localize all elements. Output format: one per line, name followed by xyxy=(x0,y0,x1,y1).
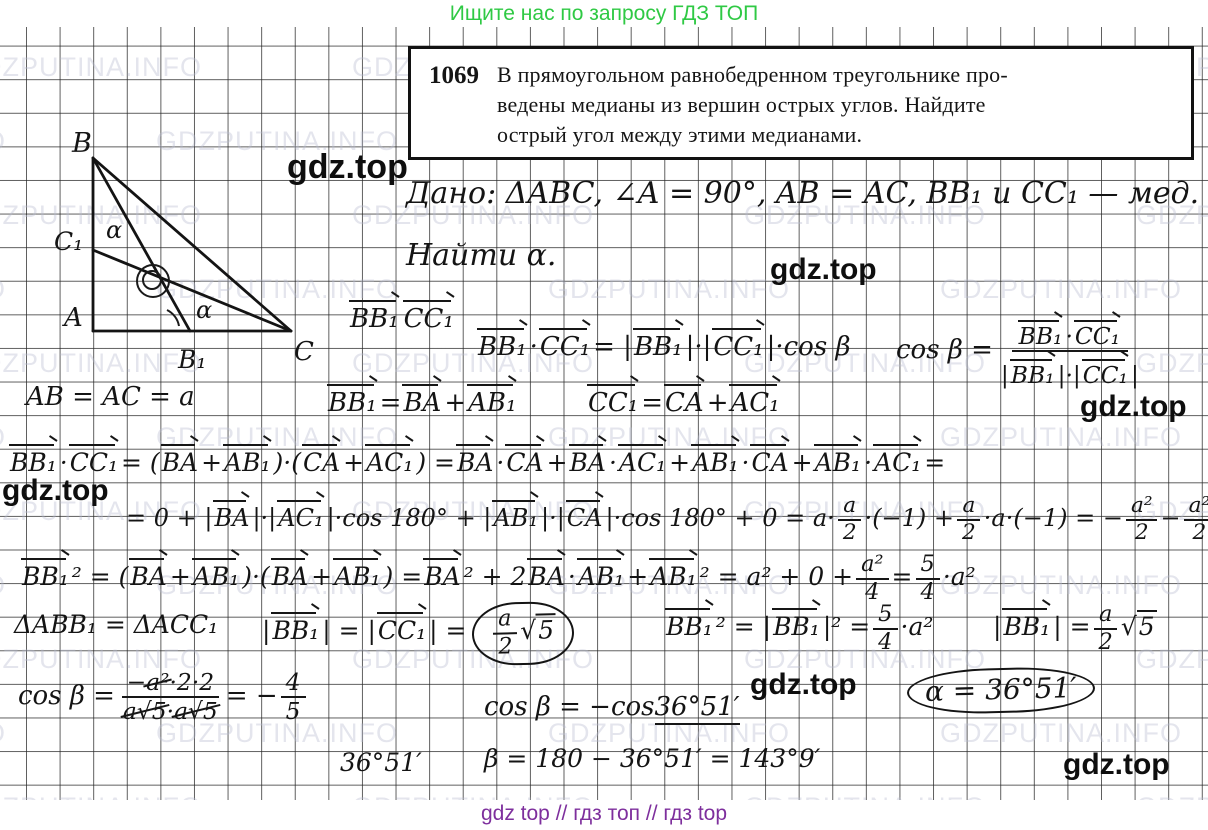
vector-term: BA xyxy=(455,438,496,477)
vector-term: BB₁ xyxy=(1017,314,1066,349)
footer-links[interactable]: gdz top // гдз топ // гдз top xyxy=(481,802,727,826)
site-watermark: GDZPUTINA.INFO xyxy=(940,570,1182,601)
solution-line-cos-value: cos β = −a²·2·2a√5·a√5 = −45 xyxy=(18,670,309,723)
math-text: · xyxy=(60,448,68,477)
math-text: |² = xyxy=(823,612,870,641)
vector-term: AB₁ xyxy=(222,438,273,477)
math-text: 5 xyxy=(921,553,935,577)
math-text: · xyxy=(609,448,617,477)
math-text: · xyxy=(1065,324,1072,349)
math-text: + xyxy=(201,448,222,477)
gdz-top-watermark: gdz.top xyxy=(770,253,877,287)
angle-label-alpha-2: α xyxy=(196,296,212,324)
math-text: cos β = xyxy=(18,681,115,711)
gdz-top-watermark: gdz.top xyxy=(2,474,109,508)
fraction: 54 xyxy=(873,603,897,654)
math-text: 36°51′ xyxy=(340,748,422,777)
site-watermark: GDZPUTINA.INFO xyxy=(0,718,6,749)
math-text: )·( xyxy=(274,448,301,477)
problem-text-line: В прямоугольном равнобедренном треугольн… xyxy=(497,60,1008,90)
vector-term: BA xyxy=(568,438,609,477)
fraction: a²4 xyxy=(856,553,888,604)
math-text: | xyxy=(1001,363,1009,388)
vector-term: BB₁ xyxy=(664,602,716,641)
problem-text-line: ведены медианы из вершин острых углов. Н… xyxy=(497,90,1008,120)
vector-term: BB₁ xyxy=(8,438,60,477)
solution-line-bb1-mod-val: |BB₁| = a2√5 xyxy=(993,602,1157,654)
vector-term: BA xyxy=(422,552,463,591)
vector-term: AC₁ xyxy=(617,438,669,477)
math-text: a xyxy=(843,495,856,518)
math-text: · xyxy=(864,448,872,477)
vector-term: AB₁ xyxy=(466,378,519,418)
vector-term: CC₁ xyxy=(68,438,121,477)
vector-term: CA xyxy=(749,438,791,477)
math-text: 5 xyxy=(286,699,301,724)
math-text: a xyxy=(962,495,975,518)
solution-line-dano: Дано: ΔABC, ∠A = 90°, AB = AC, BB₁ и CC₁… xyxy=(406,176,1199,211)
math-text: · xyxy=(568,562,576,591)
fraction: a²2 xyxy=(1126,495,1158,544)
solution-line-cc1-decomp: CC₁ = CA + AC₁ xyxy=(586,378,783,418)
math-text: + xyxy=(669,448,690,477)
math-text: )·( xyxy=(242,562,269,591)
math-text: |·cos β xyxy=(767,332,851,362)
vector-term: AC₁ xyxy=(872,438,924,477)
vector-term: CC₁ xyxy=(376,606,429,645)
footer-bar: gdz top // гдз топ // гдз top xyxy=(0,800,1208,830)
problem-number: 1069 xyxy=(411,49,497,157)
math-text: + xyxy=(444,388,466,418)
math-text: cos β = xyxy=(896,335,993,365)
vector-term: AC₁ xyxy=(728,378,782,418)
vector-term: CC₁ xyxy=(1081,353,1131,388)
math-text: ΔABB₁ = ΔACC₁ xyxy=(14,610,218,639)
angle-label-alpha-1: α xyxy=(106,216,122,244)
cancelled-term: a√5 xyxy=(123,699,167,724)
solution-line-triangle-eq: ΔABB₁ = ΔACC₁ xyxy=(14,610,218,639)
math-text: a² xyxy=(1131,495,1153,518)
math-text: a xyxy=(1099,603,1112,627)
fraction-denominator: 4 xyxy=(873,630,897,655)
math-text: a² xyxy=(1189,495,1208,518)
fraction-denominator: 2 xyxy=(957,521,981,545)
math-text: | = xyxy=(1053,612,1090,641)
math-text: = xyxy=(924,448,945,477)
problem-text: В прямоугольном равнобедренном треугольн… xyxy=(497,49,1008,157)
solution-line-dot-product: BB₁·CC₁ = |BB₁|·|CC₁|·cos β xyxy=(476,322,850,362)
math-text: + xyxy=(547,448,568,477)
math-text: 4 xyxy=(921,581,935,605)
vector-term: BB₁ xyxy=(348,294,402,334)
fraction-denominator: 4 xyxy=(916,580,940,605)
point-label-b1: B₁ xyxy=(177,345,206,374)
gdz-top-watermark: gdz.top xyxy=(1063,748,1170,782)
math-text: 2 xyxy=(1099,631,1113,655)
site-watermark: GDZPUTINA.INFO xyxy=(0,52,202,83)
fraction: a2 xyxy=(492,607,518,659)
fraction-numerator: 5 xyxy=(916,553,940,580)
vector-term: AC₁ xyxy=(364,438,416,477)
vector-term: BA xyxy=(401,378,444,418)
site-watermark: GDZPUTINA.INFO xyxy=(548,274,790,305)
site-watermark: GDZPUTINA.INFO xyxy=(940,718,1182,749)
fraction-numerator: a² xyxy=(856,553,888,580)
math-text: | = | xyxy=(322,616,376,645)
fraction-denominator: 5 xyxy=(281,698,306,724)
fraction: BB₁·CC₁|BB₁|·|CC₁| xyxy=(996,314,1144,387)
vector-term: AB₁ xyxy=(332,552,383,591)
site-watermark: GDZPUTINA.INFO xyxy=(0,274,6,305)
math-text: a² xyxy=(861,553,883,577)
fraction-numerator: a xyxy=(492,607,516,634)
fraction: a2 xyxy=(1094,603,1118,654)
vector-term: AC₁ xyxy=(276,494,326,532)
solution-line-bb1-sq-val: BB₁² = |BB₁|² = 54·a² xyxy=(664,602,933,654)
math-text: − xyxy=(1160,504,1180,532)
vector-term: BB₁ xyxy=(270,606,322,645)
vector-term: CC₁ xyxy=(1073,314,1123,349)
fraction-denominator: 2 xyxy=(1094,630,1118,655)
vector-term: CC₁ xyxy=(402,294,457,334)
angle-spiral-mark-outer xyxy=(137,265,169,297)
math-text: | xyxy=(993,612,1001,641)
vector-term: CC₁ xyxy=(711,322,766,362)
solution-line-deg-note: 36°51′ xyxy=(340,748,422,777)
math-text: |·| xyxy=(541,504,565,532)
fraction-numerator: a² xyxy=(1184,495,1208,521)
median-bb1 xyxy=(93,158,190,331)
fraction-numerator: 5 xyxy=(873,603,897,630)
notebook-page: GDZPUTINA.INFOGDZPUTINA.INFOGDZPUTINA.IN… xyxy=(0,0,1208,830)
math-text: ² = | xyxy=(716,612,771,641)
sqrt-radicand: 5 xyxy=(1137,610,1157,641)
math-text: Найти α. xyxy=(406,238,556,273)
solution-line-modulus-eq: |BB₁| = |CC₁| = a2√5 xyxy=(262,602,574,665)
math-text: + xyxy=(792,448,813,477)
underlined-value: 36°51′ xyxy=(655,692,740,725)
math-text: 2 xyxy=(498,635,513,659)
math-text: β = 180 − 36°51′ = 143°9′ xyxy=(484,744,820,773)
math-text: ·2·2 xyxy=(170,670,215,695)
math-text: 2 xyxy=(843,522,857,545)
math-text: · xyxy=(742,448,750,477)
vector-term: BB₁ xyxy=(476,322,530,362)
vector-term: BB₁ xyxy=(632,322,686,362)
fraction-numerator: a xyxy=(1094,603,1117,630)
math-text: + xyxy=(170,562,191,591)
solution-line-answer: α = 36°51′ xyxy=(902,668,1095,713)
math-text: ·a² xyxy=(901,612,934,641)
math-text: 4 xyxy=(286,670,301,695)
vector-term: BB₁ xyxy=(1009,353,1058,388)
math-text: ² = a² + 0 + xyxy=(700,562,853,591)
math-text: = − xyxy=(226,681,278,711)
vector-term: BB₁ xyxy=(771,602,823,641)
math-text: 2 xyxy=(1192,522,1206,545)
solution-line-cos-fraction: cos β = BB₁·CC₁|BB₁|·|CC₁| xyxy=(896,314,1147,387)
angle-arc xyxy=(167,310,179,326)
gdz-top-watermark: gdz.top xyxy=(287,148,408,187)
vector-term: BB₁ xyxy=(20,552,72,591)
solution-line-cos-angle: cos β = −cos 36°51′ xyxy=(484,692,740,722)
math-text: ) = xyxy=(416,448,455,477)
math-text: |·| xyxy=(1058,363,1081,388)
math-text: · xyxy=(530,332,538,362)
math-text: 4 xyxy=(878,631,892,655)
math-text: + xyxy=(627,562,648,591)
fraction: a2 xyxy=(957,495,981,544)
vertex-label-c: C xyxy=(294,337,314,367)
sqrt-radicand: 5 xyxy=(535,613,556,645)
circled-group: a2√5 xyxy=(471,601,575,667)
fraction: −a²·2·2a√5·a√5 xyxy=(118,670,223,723)
math-text: ² = ( xyxy=(72,562,129,591)
fraction: a2 xyxy=(838,495,862,544)
fraction-denominator: |BB₁|·|CC₁| xyxy=(996,352,1144,388)
solution-line-beta-value: β = 180 − 36°51′ = 143°9′ xyxy=(484,744,820,773)
vector-term: AB₁ xyxy=(690,438,741,477)
vector-term: BA xyxy=(270,552,311,591)
vector-term: BA xyxy=(526,552,567,591)
math-text: ·(−1) + xyxy=(865,504,954,532)
circled-group: α = 36°51′ xyxy=(906,666,1095,716)
math-text: cos β = −cos xyxy=(484,692,655,722)
math-text: AB = AC = a xyxy=(26,382,195,412)
fraction-denominator: 2 xyxy=(493,634,518,659)
problem-statement-box: 1069 В прямоугольном равнобедренном треу… xyxy=(408,46,1194,160)
promo-banner: Ищите нас по запросу ГДЗ ТОП xyxy=(0,0,1208,27)
site-watermark: GDZPUTINA.INFO xyxy=(0,126,6,157)
solution-line-vec-pair: BB₁ CC₁ xyxy=(348,294,457,334)
vector-term: CA xyxy=(663,378,707,418)
point-label-c1: C₁ xyxy=(54,227,83,256)
solution-line-expansion: BB₁·CC₁ = (BA+AB₁)·(CA+AC₁) = BA·CA + BA… xyxy=(8,438,945,477)
solution-line-naiti: Найти α. xyxy=(406,238,556,273)
fraction-denominator: 2 xyxy=(1187,521,1208,545)
math-text: |·cos 180° + 0 = a· xyxy=(606,504,835,532)
math-text: 5 xyxy=(878,603,892,627)
fraction: 54 xyxy=(916,553,940,604)
vector-term: BB₁ xyxy=(1001,602,1053,641)
fraction-numerator: BB₁·CC₁ xyxy=(1012,314,1128,352)
math-text: |·| xyxy=(252,504,276,532)
vector-term: AB₁ xyxy=(813,438,864,477)
site-watermark: GDZPUTINA.INFO xyxy=(940,274,1182,305)
math-text: ) = xyxy=(384,562,423,591)
fraction-denominator: a√5·a√5 xyxy=(118,698,223,724)
math-text: | = xyxy=(429,616,466,645)
fraction-numerator: a² xyxy=(1126,495,1158,521)
math-text: |·| xyxy=(686,332,712,362)
math-text: − xyxy=(127,670,147,695)
math-text: = xyxy=(892,562,913,591)
solution-line-bb1-squared: BB₁² = (BA + AB₁)·(BA + AB₁) = BA² + 2BA… xyxy=(20,552,976,604)
side-bc xyxy=(93,158,291,331)
vector-term: AB₁ xyxy=(191,552,242,591)
vector-term: CC₁ xyxy=(586,378,641,418)
fraction-denominator: 2 xyxy=(1130,521,1154,545)
vector-term: BB₁ xyxy=(326,378,380,418)
vertex-label-a: A xyxy=(62,303,83,333)
math-text: 2 xyxy=(1135,522,1149,545)
math-text: ·a·(−1) = − xyxy=(984,504,1123,532)
math-text: · xyxy=(496,448,504,477)
site-watermark: GDZPUTINA.INFO xyxy=(0,570,6,601)
gdz-top-watermark: gdz.top xyxy=(1080,390,1187,424)
math-text: ·a² xyxy=(943,562,976,591)
solution-line-bb1-decomp: BB₁ = BA + AB₁ xyxy=(326,378,519,418)
promo-text: Ищите нас по запросу ГДЗ ТОП xyxy=(450,2,758,26)
math-text: 2 xyxy=(962,522,976,545)
math-text: + xyxy=(343,448,364,477)
cancelled-term: a² xyxy=(146,670,169,695)
math-text: + xyxy=(707,388,729,418)
fraction-denominator: 2 xyxy=(838,521,862,545)
gdz-top-watermark: gdz.top xyxy=(750,668,857,702)
math-text: = xyxy=(380,388,402,418)
site-watermark: GDZPUTINA.INFO xyxy=(940,422,1182,453)
math-text: = xyxy=(641,388,663,418)
vector-term: AB₁ xyxy=(491,494,541,532)
vertex-label-b: B xyxy=(71,128,92,159)
math-text: | xyxy=(1131,363,1139,388)
math-text: · xyxy=(167,699,174,724)
vector-term: AB₁ xyxy=(648,552,699,591)
problem-text-line: острый угол между этими медианами. xyxy=(497,120,1008,150)
math-text: = ( xyxy=(121,448,160,477)
vector-term: CA xyxy=(504,438,546,477)
math-text: + xyxy=(311,562,332,591)
fraction-numerator: −a²·2·2 xyxy=(122,670,220,698)
vector-term: AB₁ xyxy=(576,552,627,591)
cancelled-term: a√5 xyxy=(174,699,218,724)
fraction-numerator: a xyxy=(838,495,861,521)
fraction: a²2 xyxy=(1184,495,1208,544)
fraction-numerator: a xyxy=(957,495,980,521)
fraction: 45 xyxy=(281,670,306,723)
math-text: |·cos 180° + | xyxy=(327,504,492,532)
math-text: = | xyxy=(593,332,632,362)
median-cc1 xyxy=(93,250,291,331)
math-text: α = 36°51′ xyxy=(925,671,1078,708)
vector-term: CA xyxy=(301,438,343,477)
vector-term: BA xyxy=(128,552,169,591)
vector-term: BA xyxy=(212,494,252,532)
vector-term: CA xyxy=(565,494,606,532)
math-text: ² + 2 xyxy=(464,562,527,591)
math-text: Дано: ΔABC, ∠A = 90°, AB = AC, BB₁ и CC₁… xyxy=(406,176,1199,211)
math-text: √ xyxy=(1121,612,1137,641)
math-text: √ xyxy=(519,616,536,645)
math-text: a xyxy=(497,607,511,631)
vector-term: BA xyxy=(160,438,201,477)
math-text: = 0 + | xyxy=(126,504,212,532)
solution-line-ab-ac: AB = AC = a xyxy=(26,382,195,412)
vector-term: CC₁ xyxy=(538,322,593,362)
math-text: | xyxy=(262,616,270,645)
fraction-numerator: 4 xyxy=(281,670,306,698)
site-watermark: GDZPUTINA.INFO xyxy=(0,422,6,453)
solution-line-cos180: = 0 + |BA|·|AC₁|·cos 180° + |AB₁|·|CA|·c… xyxy=(126,494,1208,544)
